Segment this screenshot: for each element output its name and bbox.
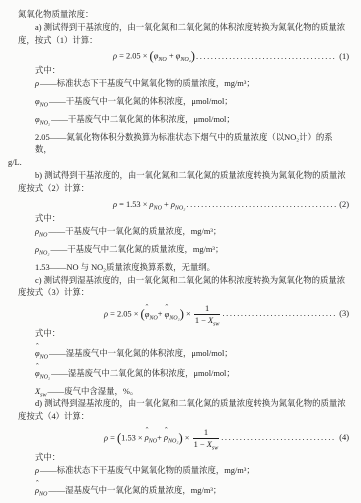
fraction-numerator: 1 xyxy=(193,427,220,439)
sub-no: NO xyxy=(40,355,48,361)
dot-leader: ........................................… xyxy=(221,432,336,445)
def-rho-dry-2: ρ——标准状态下干基废气中氮氧化物的质量浓度，mg/m³； xyxy=(35,465,349,478)
coefficient: 1.53 × xyxy=(121,433,145,442)
rho-symbol: ρ xyxy=(35,466,39,475)
sub-no2: NO₂ xyxy=(40,121,50,127)
fraction-denominator: 1 − Xsw xyxy=(193,439,220,450)
phi-hat-no-symbol: ˆφNO xyxy=(35,348,48,361)
sub-no2: NO₂ xyxy=(39,251,49,257)
fraction-numerator: 1 xyxy=(194,303,221,315)
def-text: ——标准状态下干基废气中氮氧化物的质量浓度，mg/m³； xyxy=(40,466,255,475)
def-phi-no2: φNO₂——干基废气中二氧化氮的体积浓度，μmol/mol； xyxy=(35,114,349,127)
rho-no2-symbol: ρNO₂ xyxy=(35,245,50,254)
dot-leader: ........................................… xyxy=(186,199,336,212)
phi-no2-symbol: φNO₂ xyxy=(35,115,50,124)
equation-number-4: (4) xyxy=(339,432,349,445)
sub-no: NO xyxy=(39,233,47,239)
plus-operator: + xyxy=(158,310,165,319)
times-operator: × xyxy=(184,310,193,319)
plus-operator: + xyxy=(162,200,171,209)
sub-no2: NO₂ xyxy=(169,315,179,321)
phi-hat-symbol: ˆφNO xyxy=(145,309,158,322)
para-a: a) 测试得到干基浓度的，由一氧化氮和二氧化氮的体积浓度转换为氮氧化物的质量浓度… xyxy=(18,22,349,48)
formula-4-math: ρ = (1.53 × ˆρNO+ ˆρNO₂) × 11 − Xsw xyxy=(104,427,220,450)
denominator-text: 1 − xyxy=(194,440,207,449)
phi-hat-no2-symbol: ˆφNO₂ xyxy=(35,368,50,381)
where-label: 式中： xyxy=(35,452,349,465)
formula-3-math: ρ = 2.05 × (ˆφNO+ ˆφNO₂) × 11 − Xsw xyxy=(104,303,221,326)
def-text: ——干基废气中二氧化氮的体积浓度，μmol/mol； xyxy=(51,115,235,124)
hat-accent: ˆ xyxy=(165,427,168,435)
def-text: ——干基废气中一氧化氮的体积浓度，μmol/mol； xyxy=(49,97,233,106)
def-phi-no: φNO——干基废气中一氧化氮的体积浓度，μmol/mol； xyxy=(35,96,349,109)
sub-no2: NO₂ xyxy=(40,374,50,380)
denominator-text: 1 − xyxy=(195,316,208,325)
hat-accent: ˆ xyxy=(166,304,169,312)
def-coef-153: 1.53——NO 与 NO₂质量浓度换算系数，无量纲。 xyxy=(35,262,349,275)
formula-1-math: ρ = 2.05 × (φNO + φNO₂) xyxy=(113,50,195,63)
where-label: 式中： xyxy=(35,213,349,226)
sub-no: NO xyxy=(154,205,162,211)
formula-1-eq: = 2.05 × xyxy=(117,52,149,61)
rho-hat-symbol: ˆρNO xyxy=(145,432,157,445)
dot-leader: ........................................… xyxy=(196,51,336,64)
def-coef-205: 2.05——氮氧化物体积分数换算为标准状态下烟气中的质量浓度（以NO₂计）的系数… xyxy=(35,132,349,158)
sub-sw: sw xyxy=(40,392,46,398)
def-text: ——湿基废气中一氧化氮的质量浓度，mg/m³； xyxy=(48,486,221,495)
hat-accent: ˆ xyxy=(36,343,39,351)
xsw-symbol: Xsw xyxy=(35,387,47,396)
sub-no2: NO₂ xyxy=(175,205,185,211)
formula-2-eq: = 1.53 × xyxy=(117,200,149,209)
sub-no: NO xyxy=(40,103,48,109)
def-rho-no2: ρNO₂——干基废气中二氧化氮的质量浓度，mg/m³； xyxy=(35,244,349,257)
formula-1: ρ = 2.05 × (φNO + φNO₂) ................… xyxy=(113,50,349,63)
moisture-fraction: 11 − Xsw xyxy=(194,303,221,326)
plus-operator: + xyxy=(157,433,164,442)
def-text: ——湿基废气中一氧化氮的体积浓度，μmol/mol； xyxy=(49,349,233,358)
def-text: ——标准状态下干基废气中氮氧化物的质量浓度，mg/m³； xyxy=(40,79,255,88)
def-coef-205-unit: g/L. xyxy=(8,157,349,170)
sub-sw: sw xyxy=(212,446,218,452)
sub-no: NO xyxy=(149,315,157,321)
def-text: ——废气中含湿量，%。 xyxy=(48,387,139,396)
formula-2-math: ρ = 1.53 × ρNO + ρNO₂ xyxy=(113,199,185,212)
rho-symbol: ρ xyxy=(35,79,39,88)
dot-leader: ........................................… xyxy=(222,308,336,321)
sub-sw: sw xyxy=(213,322,219,328)
phi-no-symbol: φNO xyxy=(35,97,48,106)
sub-no: NO xyxy=(39,491,47,497)
hat-accent: ˆ xyxy=(36,363,39,371)
sub-no2: NO₂ xyxy=(168,439,178,445)
def-rho-no-wet: ˆρNO——湿基废气中一氧化氮的质量浓度，mg/m³； xyxy=(35,485,349,498)
formula-4-eq: = xyxy=(108,433,117,442)
phi-hat-symbol: ˆφNO₂ xyxy=(165,309,180,322)
plus-operator: + xyxy=(167,52,176,61)
equation-number-2: (2) xyxy=(339,199,349,212)
rho-no-symbol: ρNO xyxy=(35,227,47,236)
rho-hat-no-symbol: ˆρNO xyxy=(35,485,47,498)
close-paren: ) xyxy=(191,49,195,63)
rho-hat-symbol: ˆρNO₂ xyxy=(164,432,179,445)
hat-accent: ˆ xyxy=(146,304,149,312)
formula-2: ρ = 1.53 × ρNO + ρNO₂ ..................… xyxy=(113,199,349,212)
para-b: b) 测试得到干基浓度的，由一氧化氮和二氧化氮的质量浓度转换为氮氧化物的质量浓度… xyxy=(18,170,349,196)
doc-title: 氮氧化物质量浓度： xyxy=(18,9,349,22)
def-xsw: Xsw——废气中含湿量，%。 xyxy=(35,386,349,399)
equation-number-1: (1) xyxy=(339,51,349,64)
sub-no: NO xyxy=(158,57,166,63)
para-c: c) 测试得到湿基浓度的，由一氧化氮和二氧化氮的体积浓度转换为氮氧化物的质量浓度… xyxy=(18,275,349,301)
sub-no: NO xyxy=(149,439,157,445)
def-phi-no2-wet: ˆφNO₂——湿基废气中二氧化氮的体积浓度，μmol/mol； xyxy=(35,368,349,381)
fraction-denominator: 1 − Xsw xyxy=(194,315,221,326)
para-d: d) 测试得到湿基浓度的，由一氧化氮和二氧化氮的质量浓度转换为氮氧化物的质量浓度… xyxy=(18,398,349,424)
sub-no2: NO₂ xyxy=(180,57,190,63)
def-text: ——干基废气中二氧化氮的质量浓度，mg/m³； xyxy=(51,245,224,254)
times-operator: × xyxy=(183,433,192,442)
where-label: 式中： xyxy=(35,328,349,341)
formula-3-eq: = 2.05 × xyxy=(108,310,140,319)
def-text: ——湿基废气中二氧化氮的体积浓度，μmol/mol； xyxy=(51,369,235,378)
where-label: 式中： xyxy=(35,65,349,78)
hat-accent: ˆ xyxy=(36,480,39,488)
formula-3: ρ = 2.05 × (ˆφNO+ ˆφNO₂) × 11 − Xsw ....… xyxy=(104,303,349,326)
def-rho-dry: ρ——标准状态下干基废气中氮氧化物的质量浓度，mg/m³； xyxy=(35,78,349,91)
formula-4: ρ = (1.53 × ˆρNO+ ˆρNO₂) × 11 − Xsw ....… xyxy=(104,427,349,450)
equation-number-3: (3) xyxy=(339,308,349,321)
moisture-fraction: 11 − Xsw xyxy=(193,427,220,450)
def-rho-no: ρNO——干基废气中一氧化氮的质量浓度，mg/m³； xyxy=(35,226,349,239)
document-page: 氮氧化物质量浓度： a) 测试得到干基浓度的，由一氧化氮和二氧化氮的体积浓度转换… xyxy=(0,0,361,503)
def-phi-no-wet: ˆφNO——湿基废气中一氧化氮的体积浓度，μmol/mol； xyxy=(35,348,349,361)
def-text: ——干基废气中一氧化氮的质量浓度，mg/m³； xyxy=(48,227,221,236)
hat-accent: ˆ xyxy=(146,427,149,435)
